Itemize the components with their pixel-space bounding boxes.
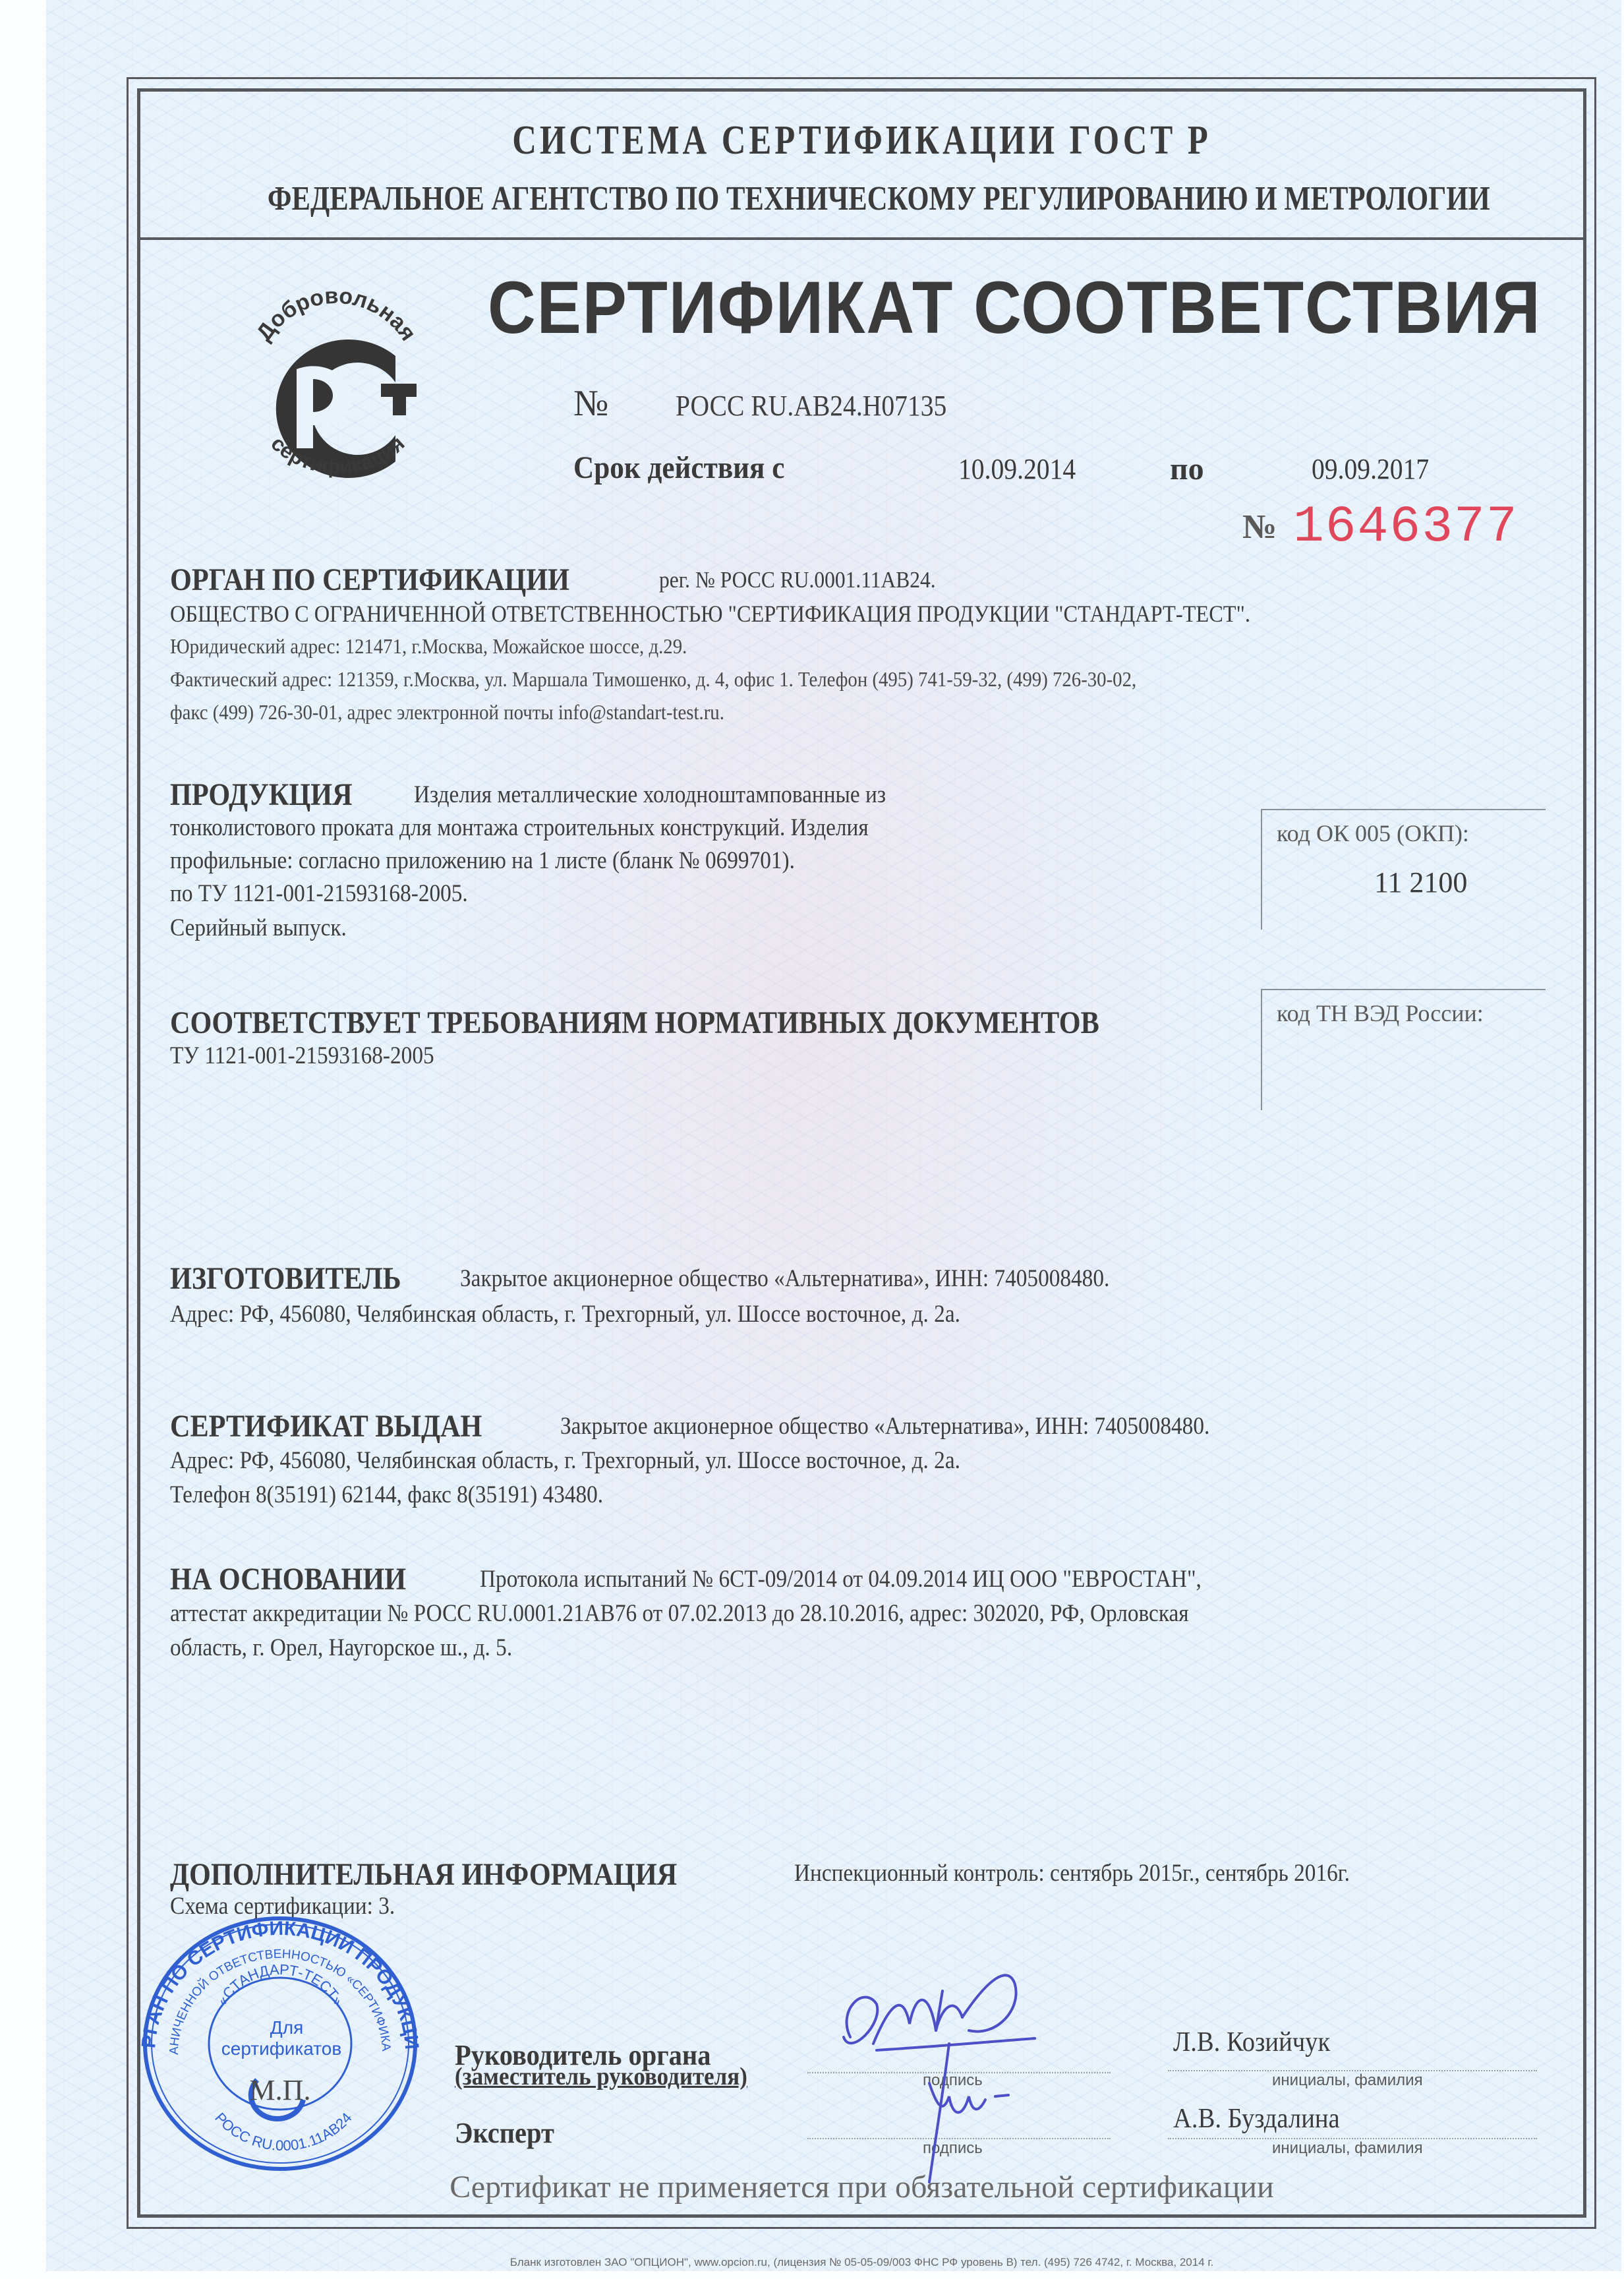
voluntary-notice: Сертификат не применяется при обязательн… xyxy=(137,2169,1586,2205)
product-line: по ТУ 1121-001-21593168-2005. xyxy=(170,879,468,908)
svg-text:Добровольная: Добровольная xyxy=(252,283,421,345)
basis-line: область, г. Орел, Наугорское ш., д. 5. xyxy=(170,1634,512,1662)
expert-name: А.В. Буздалина xyxy=(1173,2103,1340,2135)
stamp-center-bottom: сертификатов xyxy=(221,2038,341,2059)
valid-to-label: по xyxy=(1170,451,1204,487)
manufacturer-line: Адрес: РФ, 456080, Челябинская область, … xyxy=(170,1300,960,1328)
tnved-code-label: код ТН ВЭД России: xyxy=(1277,999,1484,1027)
expert-role-label: Эксперт xyxy=(455,2116,554,2150)
agency-title: ФЕДЕРАЛЬНОЕ АГЕНТСТВО ПО ТЕХНИЧЕСКОМУ РЕ… xyxy=(268,179,1456,218)
certification-body-line: Юридический адрес: 121471, г.Москва, Мож… xyxy=(170,634,687,659)
product-line: профильные: согласно приложению на 1 лис… xyxy=(170,846,795,875)
expert-name-caption: инициалы, фамилия xyxy=(1272,2139,1423,2158)
conformity-title: СООТВЕТСТВУЕТ ТРЕБОВАНИЯМ НОРМАТИВНЫХ ДО… xyxy=(170,1005,1099,1041)
product-title: ПРОДУКЦИЯ xyxy=(170,777,353,813)
system-title: СИСТЕМА СЕРТИФИКАЦИИ ГОСТ Р xyxy=(268,117,1456,164)
logo-bottom-text: сертификация xyxy=(266,431,409,478)
okp-code-box: код ОК 005 (ОКП): 11 2100 xyxy=(1261,809,1546,930)
certification-body-reg: рег. № РОСС RU.0001.11АВ24. xyxy=(659,567,936,593)
additional-info-title: ДОПОЛНИТЕЛЬНАЯ ИНФОРМАЦИЯ xyxy=(170,1856,677,1893)
certification-body-line: ОБЩЕСТВО С ОГРАНИЧЕННОЙ ОТВЕТСТВЕННОСТЬЮ… xyxy=(170,600,1250,628)
svg-text:сертификация: сертификация xyxy=(266,431,409,478)
certification-body-line: факс (499) 726-30-01, адрес электронной … xyxy=(170,700,724,725)
valid-to-date: 09.09.2017 xyxy=(1312,452,1429,486)
header-divider xyxy=(137,237,1586,240)
blank-imprint: Бланк изготовлен ЗАО "ОПЦИОН", www.opcio… xyxy=(137,2256,1586,2269)
head-name-caption: инициалы, фамилия xyxy=(1272,2071,1423,2090)
product-line: Изделия металлические холодноштампованны… xyxy=(414,781,886,809)
conformity-document: ТУ 1121-001-21593168-2005 xyxy=(170,1042,434,1070)
additional-info-line: Инспекционный контроль: сентябрь 2015г.,… xyxy=(794,1859,1350,1887)
okp-code-value: 11 2100 xyxy=(1374,866,1467,899)
manufacturer-title: ИЗГОТОВИТЕЛЬ xyxy=(170,1260,401,1297)
head-role-sub-label: (заместитель руководителя) xyxy=(455,2062,747,2091)
rst-voluntary-certification-logo-icon: Добровольная сертификация xyxy=(231,283,442,494)
blank-serial-label: № xyxy=(1242,508,1277,547)
validity-label: Срок действия с xyxy=(573,450,784,486)
certification-body-stamp-icon: ОРГАН ПО СЕРТИФИКАЦИИ ПРОДУКЦИИ ОБЩЕСТВО… xyxy=(129,1902,432,2179)
okp-code-label: код ОК 005 (ОКП): xyxy=(1277,819,1469,847)
issued-to-line: Адрес: РФ, 456080, Челябинская область, … xyxy=(170,1446,960,1475)
issued-to-title: СЕРТИФИКАТ ВЫДАН xyxy=(170,1408,482,1444)
issued-to-line: Телефон 8(35191) 62144, факс 8(35191) 43… xyxy=(170,1481,603,1509)
tnved-code-box: код ТН ВЭД России: xyxy=(1261,989,1546,1110)
manufacturer-line: Закрытое акционерное общество «Альтернат… xyxy=(460,1264,1109,1293)
blank-serial-number: 1646377 xyxy=(1293,498,1519,556)
certificate-number-label: № xyxy=(573,382,608,425)
logo-top-text: Добровольная xyxy=(252,283,421,345)
certificate-number: РОСС RU.АВ24.Н07135 xyxy=(676,389,946,423)
basis-line: аттестат аккредитации № РОСС RU.0001.21А… xyxy=(170,1599,1189,1628)
product-line: тонколистового проката для монтажа строи… xyxy=(170,814,869,842)
valid-from-date: 10.09.2014 xyxy=(958,452,1076,486)
certificate-title: СЕРТИФИКАТ СООТВЕТСТВИЯ xyxy=(488,265,1542,350)
certification-body-title: ОРГАН ПО СЕРТИФИКАЦИИ xyxy=(170,562,569,598)
certification-body-line: Фактический адрес: 121359, г.Москва, ул.… xyxy=(170,667,1136,692)
handwritten-signatures-icon xyxy=(837,1965,1180,2189)
stamp-mp-label: М.П. xyxy=(250,2074,311,2106)
product-line: Серийный выпуск. xyxy=(170,914,347,942)
basis-title: НА ОСНОВАНИИ xyxy=(170,1561,406,1597)
issued-to-line: Закрытое акционерное общество «Альтернат… xyxy=(560,1412,1209,1440)
head-name: Л.В. Козийчук xyxy=(1173,2027,1330,2058)
stamp-center-top: Для xyxy=(270,2017,303,2038)
basis-line: Протокола испытаний № 6СТ-09/2014 от 04.… xyxy=(480,1565,1202,1593)
